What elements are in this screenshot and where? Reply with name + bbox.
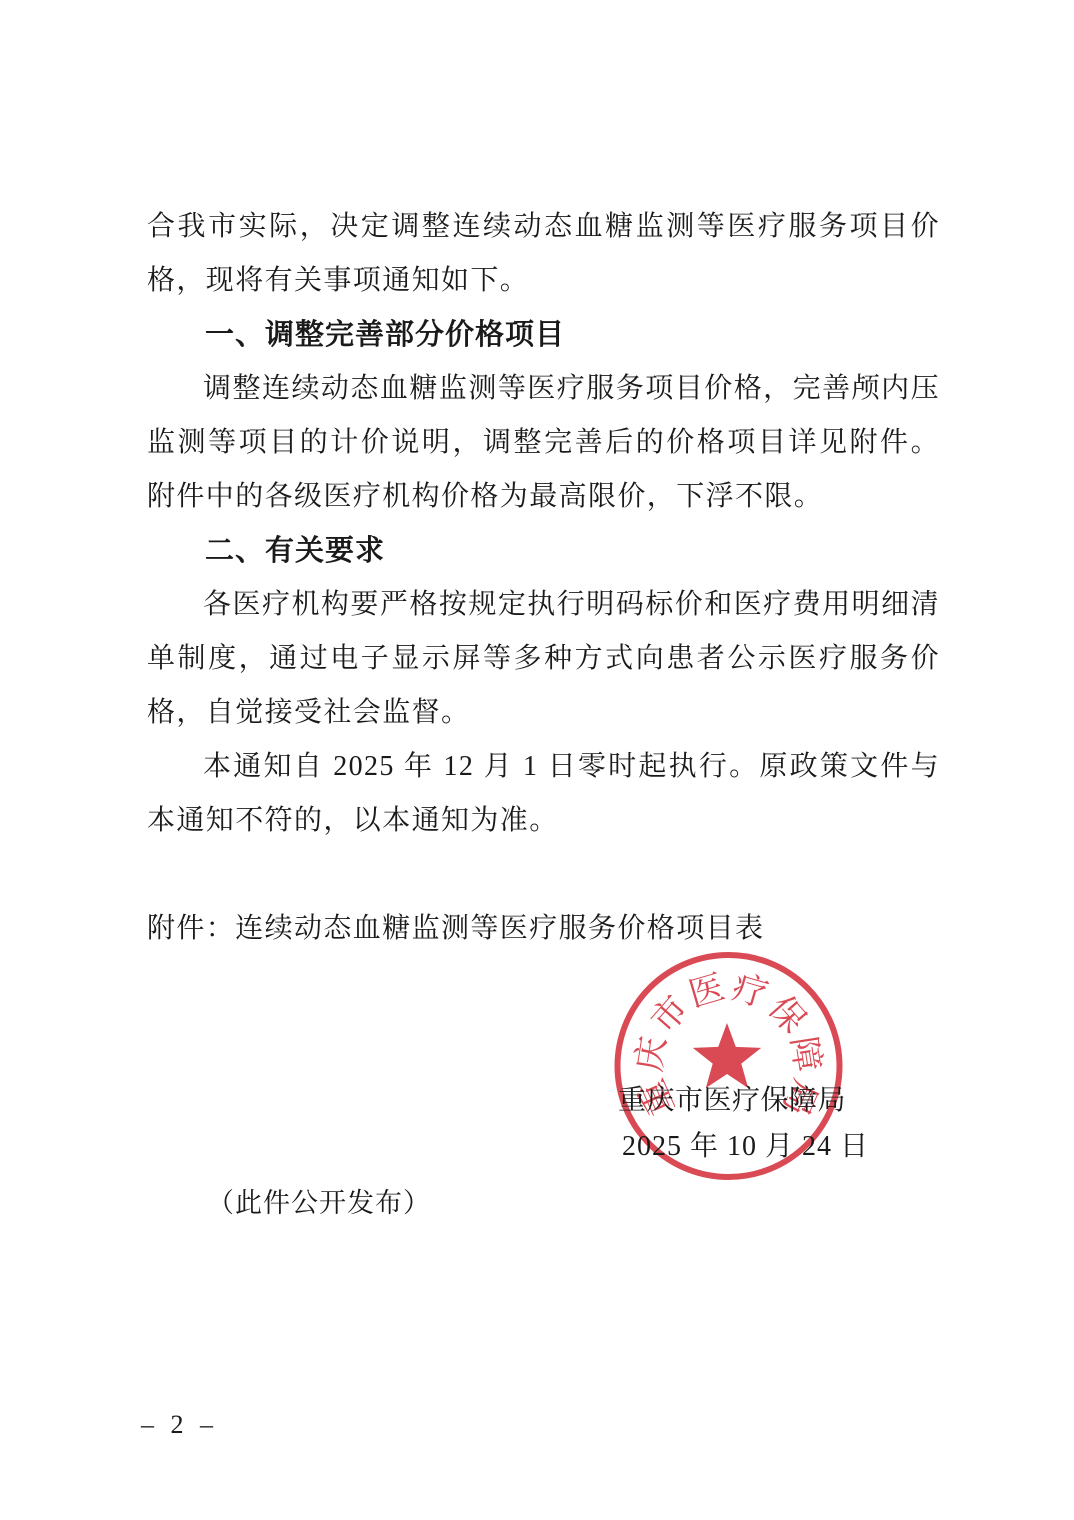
document-body: 合我市实际，决定调整连续动态血糖监测等医疗服务项目价格，现将有关事项通知如下。 … (147, 200, 940, 956)
signature-agency: 重庆市医疗保障局 (618, 1078, 846, 1124)
seal-arc-char: 障 (784, 1034, 828, 1075)
heading-section-2: 二、有关要求 (147, 524, 940, 578)
paragraph-section-2: 各医疗机构要严格按规定执行明码标价和医疗费用明细清单制度，通过电子显示屏等多种方… (147, 578, 940, 740)
heading-section-1: 一、调整完善部分价格项目 (147, 308, 940, 362)
seal-arc-char: 庆 (629, 1034, 673, 1075)
seal-arc-char: 医 (684, 967, 729, 1014)
seal-arc-char: 疗 (728, 967, 773, 1014)
seal-arc-char: 保 (761, 989, 813, 1041)
document-page: 合我市实际，决定调整连续动态血糖监测等医疗服务项目价格，现将有关事项通知如下。 … (0, 0, 1074, 1520)
paragraph-effective-date: 本通知自 2025 年 12 月 1 日零时起执行。原政策文件与本通知不符的，以… (147, 740, 940, 848)
public-release-note: （此件公开发布） (207, 1181, 431, 1220)
signature-date: 2025 年 10 月 24 日 (622, 1124, 869, 1170)
seal-arc-char: 市 (644, 989, 696, 1041)
paragraph-section-1: 调整连续动态血糖监测等医疗服务项目价格，完善颅内压监测等项目的计价说明，调整完善… (147, 362, 940, 524)
page-number: – 2 – (141, 1410, 218, 1440)
paragraph-intro: 合我市实际，决定调整连续动态血糖监测等医疗服务项目价格，现将有关事项通知如下。 (147, 200, 940, 308)
